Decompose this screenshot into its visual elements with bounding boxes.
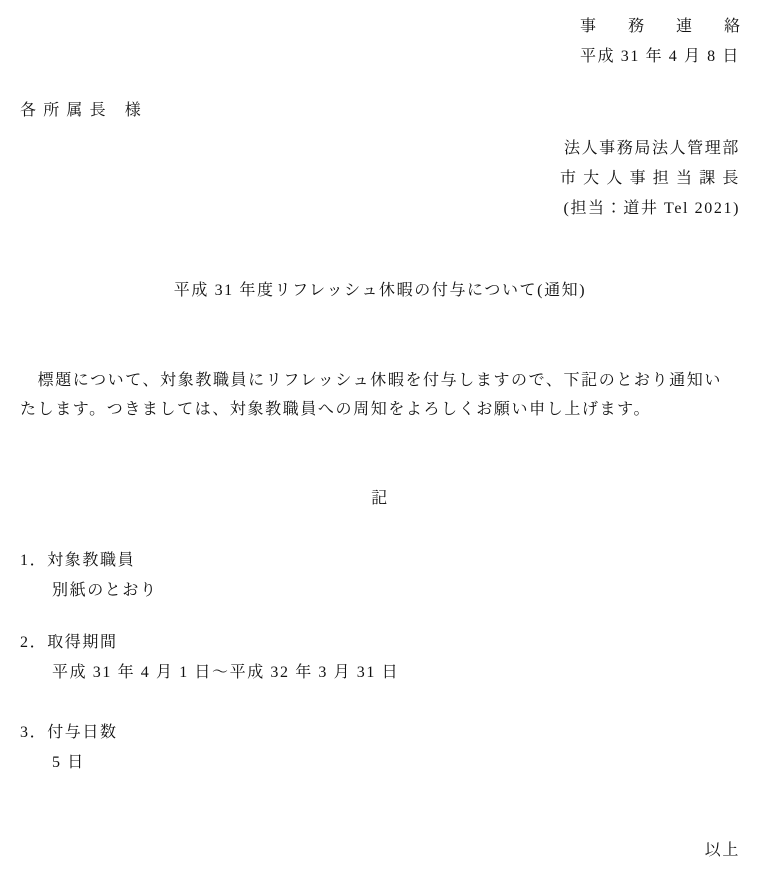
item-detail: 5 日: [20, 748, 740, 778]
list-item-2: 2．取得期間 平成 31 年 4 月 1 日～平成 32 年 3 月 31 日: [20, 628, 740, 688]
sender-block: 法人事務局法人管理部 市 大 人 事 担 当 課 長 (担当：道井 Tel 20…: [20, 134, 740, 224]
list-item-1: 1．対象教職員 別紙のとおり: [20, 546, 740, 606]
closing-word: 以上: [20, 836, 740, 866]
body-line-1: 標題について、対象教職員にリフレッシュ休暇を付与しますので、下記のとおり通知い: [20, 366, 740, 395]
doc-type-label: 事 務 連 絡: [580, 18, 748, 35]
item-heading: 1．対象教職員: [20, 546, 740, 576]
item-detail: 平成 31 年 4 月 1 日～平成 32 年 3 月 31 日: [20, 658, 740, 688]
doc-date: 平成 31 年 4 月 8 日: [20, 42, 740, 72]
addressee: 各 所 属 長 様: [20, 96, 740, 126]
list-item-3: 3．付与日数 5 日: [20, 718, 740, 778]
subject-title: 平成 31 年度リフレッシュ休暇の付与について(通知): [20, 276, 740, 306]
item-heading: 3．付与日数: [20, 718, 740, 748]
sender-contact: (担当：道井 Tel 2021): [20, 194, 740, 224]
item-heading: 2．取得期間: [20, 628, 740, 658]
item-detail: 別紙のとおり: [20, 576, 740, 606]
document-page: 事 務 連 絡 平成 31 年 4 月 8 日 各 所 属 長 様 法人事務局法…: [0, 0, 768, 870]
sender-title: 市 大 人 事 担 当 課 長: [20, 164, 740, 194]
body-paragraph: 標題について、対象教職員にリフレッシュ休暇を付与しますので、下記のとおり通知い …: [20, 366, 740, 424]
notice-marker: 記: [20, 484, 740, 514]
body-line-2: たします。つきましては、対象教職員への周知をよろしくお願い申し上げます。: [20, 395, 740, 424]
doc-type-line: 事 務 連 絡: [20, 12, 740, 42]
sender-org: 法人事務局法人管理部: [20, 134, 740, 164]
document-header: 事 務 連 絡 平成 31 年 4 月 8 日: [20, 12, 740, 72]
